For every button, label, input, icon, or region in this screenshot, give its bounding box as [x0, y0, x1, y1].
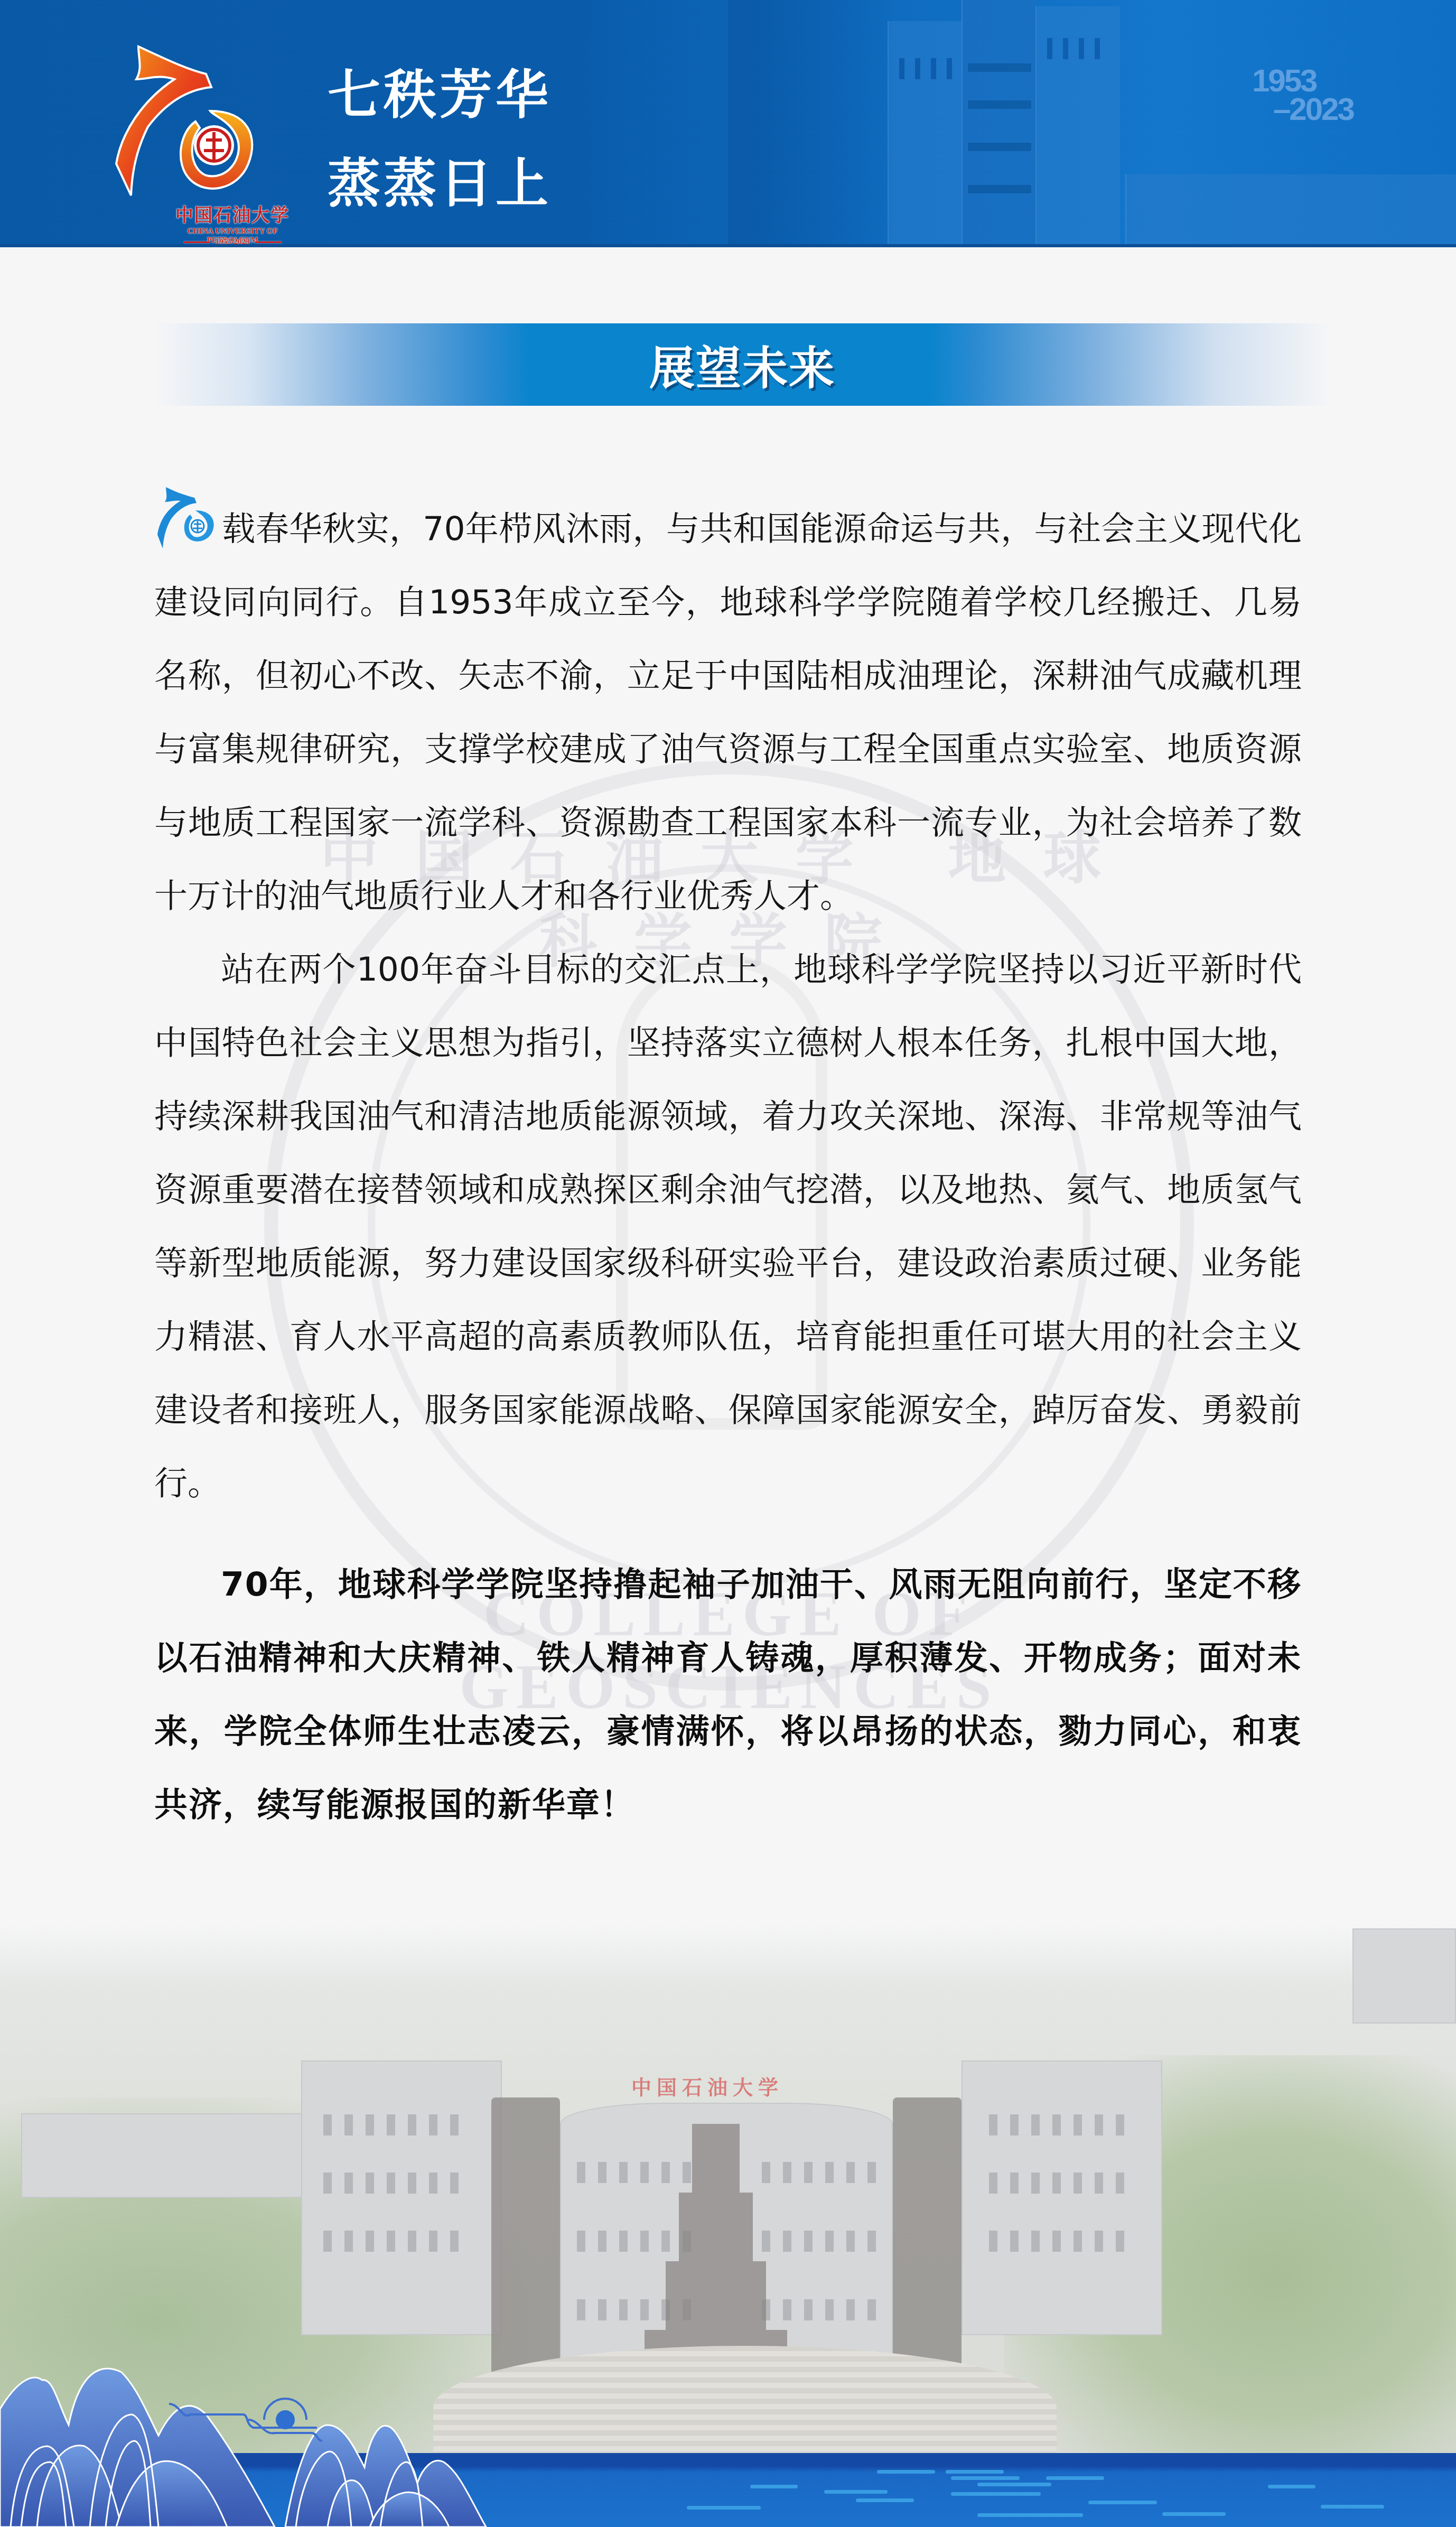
- paragraph-3-conclusion: 70年，地球科学学院坚持撸起袖子加油干、风雨无阻向前行，坚定不移以石油精神和大庆…: [154, 1547, 1302, 1841]
- sun-icon: [276, 2410, 295, 2429]
- section-title: 展望未来: [153, 323, 1331, 406]
- logo-years: 1953-2023: [164, 238, 301, 247]
- building-lowrise: [1125, 174, 1456, 247]
- slogan-line-1: 七秩芳华: [328, 69, 552, 122]
- year-end: –2023: [1273, 91, 1354, 127]
- section-title-band: 展望未来: [153, 323, 1331, 406]
- logo-name-cn: 中国石油大学: [158, 201, 306, 227]
- side-building-left: [21, 2113, 317, 2198]
- wing-right: [962, 2060, 1162, 2335]
- paragraph-2: 站在两个100年奋斗目标的交汇点上，地球科学学院坚持以习近平新时代中国特色社会主…: [154, 933, 1302, 1520]
- header-banner: 1953 –2023 中国石油大学 CHINA UNIVERSITY OF PE…: [0, 0, 1456, 247]
- 70-anniversary-logo-icon: [106, 37, 296, 206]
- anniversary-logo: 中国石油大学 CHINA UNIVERSITY OF PETROLEUM 195…: [106, 37, 296, 227]
- article-body: 载春华秋实，70年栉风沐雨，与共和国能源命运与共，与社会主义现代化建设同向同行。…: [154, 486, 1302, 1841]
- paragraph-1: 载春华秋实，70年栉风沐雨，与共和国能源命运与共，与社会主义现代化建设同向同行。…: [154, 486, 1302, 933]
- university-sign: 中国石油大学: [631, 2071, 783, 2100]
- building-tower: [962, 0, 1035, 247]
- building-tower: [1035, 6, 1120, 247]
- side-building-right: [1352, 1928, 1456, 2024]
- blue-mountain-motif: [0, 2245, 528, 2527]
- building-tower: [888, 21, 967, 247]
- paragraph-1-text: 载春华秋实，70年栉风沐雨，与共和国能源命运与共，与社会主义现代化建设同向同行。…: [154, 509, 1302, 915]
- slogan-line-2: 蒸蒸日上: [328, 157, 552, 210]
- 70-badge-icon: [154, 486, 221, 549]
